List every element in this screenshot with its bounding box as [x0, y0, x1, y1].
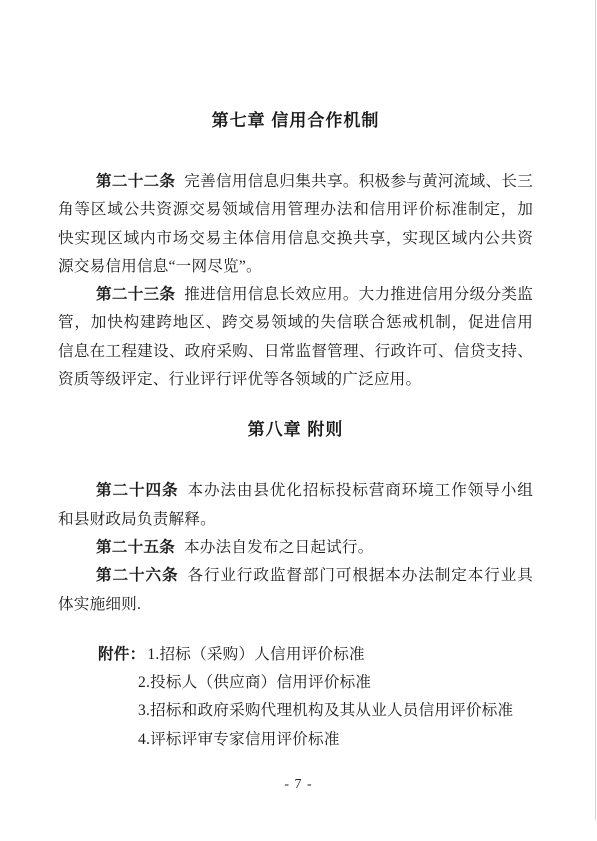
article-25-text-1: 本办法自发布之日起试行。: [184, 539, 374, 556]
article-22-text-1: 完善信用信息归集共享。积极参与黄河流域、长三: [184, 173, 533, 190]
article-26-number: 第二十六条: [96, 567, 178, 584]
article-25-number: 第二十五条: [96, 539, 175, 556]
article-26-line-1: 第二十六条各行业行政监督部门可根据本办法制定本行业具: [58, 562, 533, 590]
article-22-line-1: 第二十二条完善信用信息归集共享。积极参与黄河流域、长三: [58, 168, 533, 196]
article-22-line-4: 源交易信用信息“一网尽览”。: [58, 253, 533, 281]
article-24-line-1: 第二十四条本办法由县优化招标投标营商环境工作领导小组: [58, 477, 533, 505]
document-page: 第七章 信用合作机制 第二十二条完善信用信息归集共享。积极参与黄河流域、长三 角…: [0, 0, 597, 841]
document-content: 第七章 信用合作机制 第二十二条完善信用信息归集共享。积极参与黄河流域、长三 角…: [58, 0, 533, 754]
article-22: 第二十二条完善信用信息归集共享。积极参与黄河流域、长三 角等区域公共资源交易领域…: [58, 168, 533, 281]
article-22-number: 第二十二条: [96, 173, 175, 190]
attachment-item-3: 3.招标和政府采购代理机构及其从业人员信用评价标准: [58, 697, 533, 725]
article-24: 第二十四条本办法由县优化招标投标营商环境工作领导小组 和县财政局负责解释。: [58, 477, 533, 534]
article-23-line-2: 管，加快构建跨地区、跨交易领域的失信联合惩戒机制，促进信用: [58, 309, 533, 337]
article-24-number: 第二十四条: [96, 482, 178, 499]
page-number: - 7 -: [0, 777, 597, 793]
article-26: 第二十六条各行业行政监督部门可根据本办法制定本行业具 体实施细则.: [58, 562, 533, 619]
article-23-line-3: 信息在工程建设、政府采购、日常监督管理、行政许可、信贷支持、: [58, 338, 533, 366]
article-23-line-1: 第二十三条推进信用信息长效应用。大力推进信用分级分类监: [58, 281, 533, 309]
attachment-item-1: 附件：1.招标（采购）人信用评价标准: [58, 641, 533, 669]
attachment-item-4: 4.评标评审专家信用评价标准: [58, 726, 533, 754]
attachment-item-2: 2.投标人（供应商）信用评价标准: [58, 669, 533, 697]
article-23-line-4: 资质等级评定、行业评行评优等各领域的广泛应用。: [58, 366, 533, 394]
article-23-text-1: 推进信用信息长效应用。大力推进信用分级分类监: [184, 286, 533, 303]
article-25-line-1: 第二十五条本办法自发布之日起试行。: [58, 534, 533, 562]
attachment-label: 附件：: [98, 646, 145, 663]
chapter-seven-heading: 第七章 信用合作机制: [58, 110, 533, 132]
article-24-line-2: 和县财政局负责解释。: [58, 506, 533, 534]
article-22-line-3: 快实现区域内市场交易主体信用信息交换共享，实现区域内公共资: [58, 225, 533, 253]
article-24-text-1: 本办法由县优化招标投标营商环境工作领导小组: [187, 482, 533, 499]
article-22-line-2: 角等区域公共资源交易领域信用管理办法和信用评价标准制定，加: [58, 196, 533, 224]
article-26-text-1: 各行业行政监督部门可根据本办法制定本行业具: [187, 567, 533, 584]
attachment-item-1-text: 1.招标（采购）人信用评价标准: [147, 646, 364, 663]
chapter-eight-heading: 第八章 附则: [58, 419, 533, 441]
article-26-line-2: 体实施细则.: [58, 591, 533, 619]
article-25: 第二十五条本办法自发布之日起试行。: [58, 534, 533, 562]
article-23: 第二十三条推进信用信息长效应用。大力推进信用分级分类监 管，加快构建跨地区、跨交…: [58, 281, 533, 394]
page-edge-border: [595, 0, 596, 820]
article-23-number: 第二十三条: [96, 286, 175, 303]
attachment-list: 附件：1.招标（采购）人信用评价标准 2.投标人（供应商）信用评价标准 3.招标…: [58, 641, 533, 754]
